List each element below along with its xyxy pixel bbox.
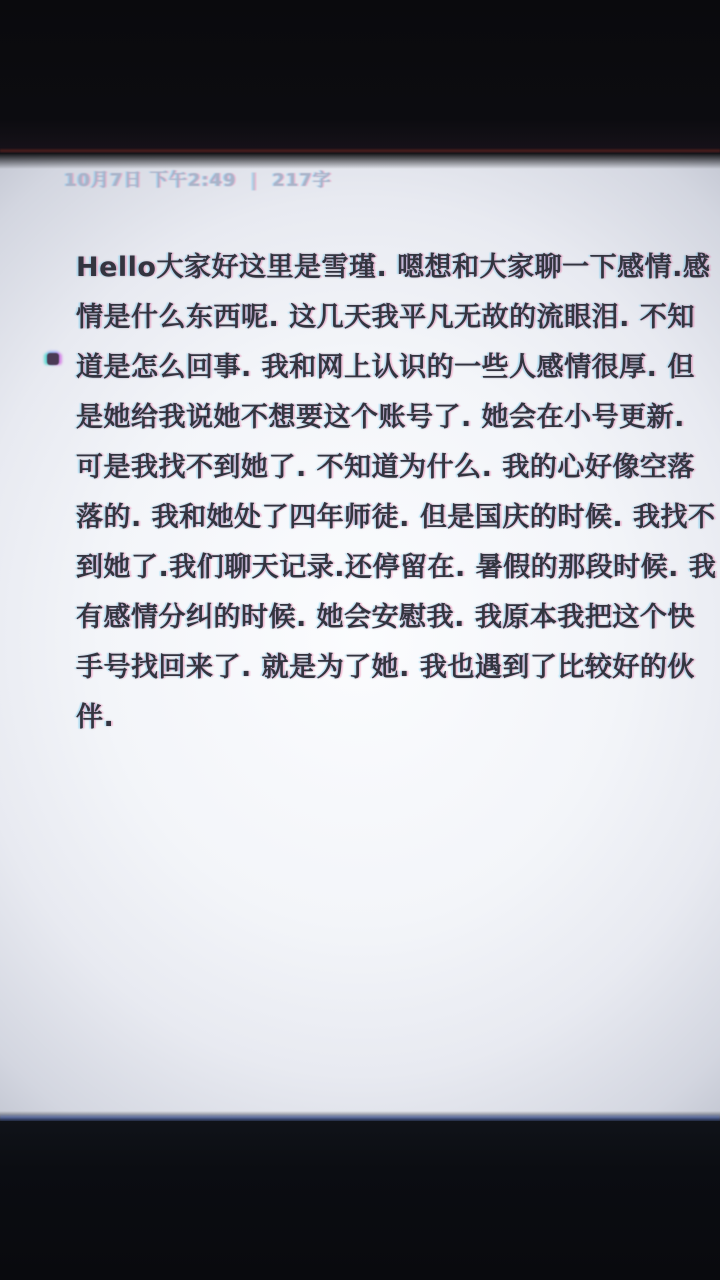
note-line: 是她给我说她不想要这个账号了. 她会在小号更新. xyxy=(76,393,676,443)
note-body: Hello大家好这里是雪瑾. 嗯想和大家聊一下感情.感情是什么东西呢. 这几天我… xyxy=(76,243,676,743)
note-line: 情是什么东西呢. 这几天我平凡无故的流眼泪. 不知 xyxy=(76,293,676,343)
note-line: Hello大家好这里是雪瑾. 嗯想和大家聊一下感情.感 xyxy=(76,243,676,293)
note-date-time: 10月7日 下午2:49 xyxy=(64,170,237,191)
list-bullet-icon xyxy=(47,353,59,365)
meta-divider: | xyxy=(251,170,259,191)
note-line: 道是怎么回事. 我和网上认识的一些人感情很厚. 但 xyxy=(76,343,676,393)
note-line: 到她了.我们聊天记录.还停留在. 暑假的那段时候. 我 xyxy=(76,543,676,593)
letterbox-bottom xyxy=(0,1121,720,1280)
note-line: 可是我找不到她了. 不知道为什么. 我的心好像空落 xyxy=(76,443,676,493)
note-lines: Hello大家好这里是雪瑾. 嗯想和大家聊一下感情.感情是什么东西呢. 这几天我… xyxy=(76,243,676,743)
note-word-count: 217字 xyxy=(272,170,332,191)
bottom-edge-line xyxy=(0,1114,720,1121)
note-line: 手号找回来了. 就是为了她. 我也遇到了比较好的伙 xyxy=(76,643,676,693)
note-line: 有感情分纠的时候. 她会安慰我. 我原本我把这个快 xyxy=(76,593,676,643)
note-meta: 10月7日 下午2:49|217字 xyxy=(64,166,332,192)
note-page: 10月7日 下午2:49|217字 Hello大家好这里是雪瑾. 嗯想和大家聊一… xyxy=(0,153,720,1121)
letterbox-top xyxy=(0,0,720,153)
note-line: 落的. 我和她处了四年师徒. 但是国庆的时候. 我找不 xyxy=(76,493,676,543)
video-frame: { "colors": { "letterbox": "#0a0a0d", "p… xyxy=(0,0,720,1280)
note-line: 伴. xyxy=(76,693,676,743)
